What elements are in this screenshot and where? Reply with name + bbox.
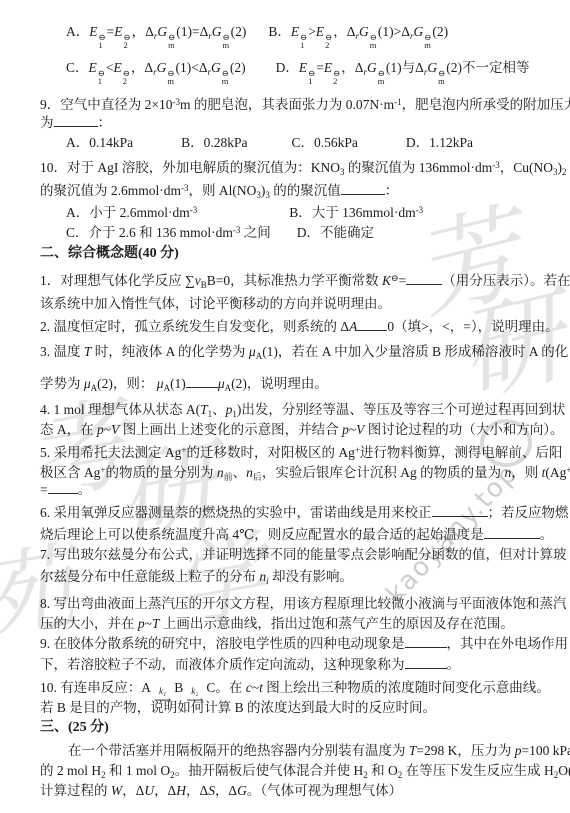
- text-segment: μ: [218, 376, 225, 391]
- text-segment: 1．对理想气体化学反应: [40, 273, 185, 288]
- text-segment: 和 O: [368, 763, 398, 778]
- text-segment: 9. 在胶体分散系统的研究中，溶胶电学性质的四种电动现象是: [40, 636, 405, 651]
- text-segment: (2): [231, 24, 247, 39]
- text-segment: 、: [233, 465, 247, 480]
- text-segment: O(g)。: [558, 763, 570, 778]
- text-segment: -3: [181, 183, 189, 193]
- text-segment: 三、(25 分): [40, 720, 109, 735]
- text-segment: ，: [131, 60, 145, 75]
- text-segment: (Ag: [545, 465, 566, 480]
- text-segment: 6. 采用氧弹反应器测量萘的燃烧热的实验中，雷诺曲线是用来校正: [40, 505, 432, 520]
- text-segment: ，: [341, 60, 355, 75]
- text-segment: A．: [66, 24, 89, 39]
- blank-underline: [341, 182, 385, 195]
- text-segment: 的 2 mol H: [40, 763, 101, 778]
- blank-underline: [54, 114, 98, 127]
- superscript-subscript-stack: ⊖m: [223, 34, 230, 49]
- text-segment: (2)，说明理由。: [231, 376, 328, 391]
- text-segment: C．介于 2.6 和 136 mmol·dm: [66, 225, 233, 240]
- text-segment: 图上画出上述变化的示意图，并结合: [119, 422, 342, 437]
- text-segment: 3. 温度: [40, 344, 84, 359]
- text-segment: H: [176, 783, 186, 798]
- text-segment: 若 B 是目的产物，说明如何计算 B 的浓度达到最大时的反应时间。: [40, 700, 436, 715]
- blank-underline: [432, 504, 488, 517]
- text-segment: ，其中在外电场作用: [447, 636, 569, 651]
- text-segment: (1): [175, 60, 191, 75]
- q9-options-row: A．0.14kPaB．0.28kPaC．0.56kPaD．1.12kPa: [40, 133, 546, 153]
- text-segment: 。: [78, 482, 92, 497]
- text-segment: m 的肥皂泡，其表面张力为 0.07N·m: [180, 97, 394, 112]
- text-segment: B．0.28kPa: [181, 135, 247, 150]
- text-segment: 2. 温度恒定时，孤立系统发生自发变化，则系统的 Δ: [40, 319, 349, 334]
- text-segment: 不一定相等: [462, 60, 530, 75]
- text-segment: Δ: [199, 60, 208, 75]
- text-segment: E: [89, 24, 97, 39]
- q10-options-row-ab: A．小于 2.6mmol·dm-3B．大于 136mmol·dm-3: [40, 200, 546, 220]
- text-segment: 的的聚沉值: [270, 183, 341, 198]
- text-segment: C．0.56kPa: [292, 135, 358, 150]
- text-segment: 该系统中加入惰性气体，讨论平衡移动的方向并说明理由。: [40, 296, 391, 311]
- exam-document-body: A．E⊖1=E⊖2，ΔrG⊖m(1)=ΔrG⊖m(2)B．E⊖1>E⊖2，ΔrG…: [0, 0, 570, 801]
- text-segment: 进行物料衡算，测得电解前、后阳: [360, 445, 563, 460]
- text-segment: 和 1 mol O: [106, 763, 171, 778]
- text-segment: =100 kPa: [522, 743, 570, 758]
- text-segment: -3: [416, 205, 424, 215]
- text-segment: 上画出示意曲线，指出过饱和蒸气产生的原因及存在范围。: [159, 616, 513, 631]
- text-segment: Δ: [144, 60, 153, 75]
- superscript-subscript-stack: ⊖m: [222, 70, 229, 85]
- text-segment: C。在: [206, 680, 245, 695]
- s2-q1-line-2: 该系统中加入惰性气体，讨论平衡移动的方向并说明理由。: [40, 294, 546, 314]
- s2-q3-line-2: 学势为 μA(2)，则： μA(1)μA(2)，说明理由。: [40, 374, 546, 394]
- options-row-ab: A．E⊖1=E⊖2，ΔrG⊖m(1)=ΔrG⊖m(2)B．E⊖1>E⊖2，ΔrG…: [40, 22, 546, 42]
- text-segment: 烧后理论上可以使系统温度升高 4℃，则反应配置水的最合适的起始温度是: [40, 527, 484, 542]
- text-segment: -3: [190, 205, 198, 215]
- text-segment: ，则 Al(NO: [189, 183, 257, 198]
- text-segment: (2): [230, 60, 246, 75]
- text-segment: Δ: [145, 24, 154, 39]
- text-segment: 4. 1 mol 理想气体从状态 A(: [40, 402, 200, 417]
- text-segment: E: [114, 60, 122, 75]
- text-segment: 后: [253, 472, 262, 482]
- text-segment: Δ: [415, 60, 424, 75]
- blank-underline: [405, 635, 447, 648]
- text-segment: K: [382, 273, 391, 288]
- text-segment: ~: [145, 616, 152, 631]
- text-segment: <: [191, 60, 199, 75]
- superscript-subscript-stack: ⊖1: [300, 34, 307, 49]
- blank-underline: [406, 272, 442, 285]
- s2-q4-line-1: 4. 1 mol 理想气体从状态 A(T1、p1)出发，分别经等温、等压及等容三…: [40, 400, 546, 420]
- s2-q7-line-2: 尔兹曼分布中任意能级上粒子的分布 ni 却没有影响。: [40, 567, 546, 587]
- q9-stem-line-1: 9．空气中直径为 2×10-3m 的肥皂泡，其表面张力为 0.07N·m-1，肥…: [40, 92, 546, 112]
- text-segment: 图讨论过程的功（大小和方向）。: [364, 422, 563, 437]
- text-segment: G: [413, 24, 423, 39]
- q9-stem-line-2: 为：: [40, 113, 546, 133]
- s3-para-line-3: 计算过程的 W，ΔU，ΔH，ΔS，ΔG。（气体可视为理想气体）: [40, 781, 546, 801]
- text-segment: D．不能确定: [297, 225, 374, 240]
- section-3-header: 三、(25 分): [40, 718, 546, 738]
- text-segment: -3: [492, 160, 500, 170]
- text-segment: 下，若溶胶粒子不动，而液体介质作定向流动，这种现象称为: [40, 657, 405, 672]
- text-segment: W: [111, 783, 122, 798]
- text-segment: G: [359, 24, 369, 39]
- text-segment: ，Δ: [215, 783, 237, 798]
- text-segment: A．小于 2.6mmol·dm: [66, 205, 190, 220]
- text-segment: )出发，分别经等温、等压及等容三个可逆过程再回到状: [237, 402, 566, 417]
- text-segment: (2): [446, 60, 462, 75]
- superscript-subscript-stack: ⊖2: [325, 34, 332, 49]
- blank-underline: [484, 526, 540, 539]
- s3-para-line-2: 的 2 mol H2 和 1 mol O2。抽开隔板后使气体混合并使 H2 和 …: [40, 761, 546, 781]
- text-segment: E: [114, 24, 122, 39]
- text-segment: p: [515, 743, 522, 758]
- text-segment: ：: [98, 115, 112, 130]
- text-segment: <: [106, 60, 114, 75]
- text-segment: 。抽开隔板后使气体混合并使 H: [175, 763, 364, 778]
- text-segment: ∑: [185, 273, 195, 288]
- text-segment: (2)，则：: [97, 376, 157, 391]
- text-segment: 之间: [240, 225, 270, 240]
- text-segment: 9．空气中直径为 2×10: [40, 97, 173, 112]
- s2-q7-line-1: 7. 写出玻尔兹曼分布公式，并证明选择不同的能量零点会影响配分函数的值，但对计算…: [40, 545, 546, 565]
- superscript-subscript-stack: ⊖m: [370, 34, 377, 49]
- text-segment: D．: [276, 60, 299, 75]
- text-segment: (2): [432, 24, 448, 39]
- text-segment: 10. 有连串反应：A: [40, 680, 151, 695]
- superscript-subscript-stack: ⊖m: [168, 34, 175, 49]
- text-segment: ；若反应物燃: [488, 505, 569, 520]
- text-segment: ，: [132, 24, 146, 39]
- text-segment: 二、综合概念题(40 分): [40, 246, 179, 261]
- s3-para-line-1: 在一个带活塞并用隔板隔开的绝热容器内分别装有温度为 T=298 K，压力为 p=…: [40, 741, 546, 761]
- q10-stem-line-2: 的聚沉值为 2.6mmol·dm-3，则 Al(NO3)3 的的聚沉值：: [40, 178, 546, 198]
- s2-q10-line-1: 10. 有连串反应：Ak₁⟶Bk₂⟶C。在 c~t 图上绘出三种物质的浓度随时间…: [40, 678, 546, 698]
- text-segment: μ: [249, 344, 256, 359]
- text-segment: 5. 采用希托夫法测定 Ag: [40, 445, 181, 460]
- text-segment: n: [217, 465, 224, 480]
- s2-q10-line-2: 若 B 是目的产物，说明如何计算 B 的浓度达到最大时的反应时间。: [40, 698, 546, 718]
- superscript-subscript-stack: ⊖1: [308, 70, 315, 85]
- blank-underline: [48, 481, 78, 494]
- text-segment: 2: [562, 167, 567, 177]
- s2-q1-line-1: 1．对理想气体化学反应 ∑νBB=0，其标准热力学平衡常数 K⊖=（用分压表示）…: [40, 268, 546, 288]
- blank-underline: [405, 656, 447, 669]
- s2-q5-line-2: 极区含 Ag+的物质的量分别为 n前、n后，实验后银库仑计沉积 Ag 的物质的量…: [40, 460, 546, 480]
- text-segment: U: [144, 783, 154, 798]
- text-segment: =298 K，压力为: [416, 743, 514, 758]
- text-segment: A．0.14kPa: [66, 135, 133, 150]
- text-segment: n: [246, 465, 253, 480]
- s2-q9-line-2: 下，若溶胶粒子不动，而液体介质作定向流动，这种现象称为。: [40, 655, 546, 675]
- text-segment: G: [237, 783, 247, 798]
- superscript-subscript-stack: ⊖m: [167, 70, 174, 85]
- text-segment: 却没有影响。: [269, 569, 353, 584]
- text-segment: 尔兹曼分布中任意能级上粒子的分布: [40, 569, 259, 584]
- text-segment: G: [367, 60, 377, 75]
- text-segment: -1: [394, 97, 402, 107]
- text-segment: (1)，若在 A 中加入少量溶质 B 形成稀溶液时 A 的化: [262, 344, 568, 359]
- text-segment: E: [291, 24, 299, 39]
- s2-q2-line: 2. 温度恒定时，孤立系统发生自发变化，则系统的 ΔA0（填>，<，=），说明理…: [40, 317, 546, 337]
- text-segment: 的聚沉值为 136mmol·dm: [345, 160, 493, 175]
- superscript-subscript-stack: ⊖2: [124, 34, 131, 49]
- s2-q6-line-1: 6. 采用氧弹反应器测量萘的燃烧热的实验中，雷诺曲线是用来校正；若反应物燃: [40, 503, 546, 523]
- text-segment: ，Δ: [154, 783, 176, 798]
- superscript-subscript-stack: ⊖2: [333, 70, 340, 85]
- q10-stem-line-1: 10．对于 AgI 溶胶，外加电解质的聚沉值为：KNO3 的聚沉值为 136mm…: [40, 155, 546, 175]
- text-segment: 在一个带活塞并用隔板隔开的绝热容器内分别装有温度为: [68, 743, 409, 758]
- text-segment: 的物质的量分别为: [105, 465, 216, 480]
- text-segment: E: [89, 60, 97, 75]
- text-segment: ，肥皂泡内所承受的附加压力: [402, 97, 570, 112]
- text-segment: G: [212, 24, 222, 39]
- text-segment: 计算过程的: [40, 783, 111, 798]
- superscript-subscript-stack: ⊖m: [438, 70, 445, 85]
- text-segment: μ: [84, 376, 91, 391]
- text-segment: G: [211, 60, 221, 75]
- text-segment: p: [342, 422, 349, 437]
- text-segment: 极区含 Ag: [40, 465, 100, 480]
- text-segment: (1): [386, 60, 402, 75]
- text-segment: 在等压下发生反应生成 H: [402, 763, 554, 778]
- blank-underline: [357, 318, 387, 331]
- superscript-subscript-stack: ⊖m: [378, 70, 385, 85]
- options-row-cd: C．E⊖1<E⊖2，ΔrG⊖m(1)<ΔrG⊖m(2)D．E⊖1=E⊖2，ΔrG…: [40, 58, 546, 78]
- text-segment: 的迁移数时，对阳极区的 Ag: [186, 445, 354, 460]
- text-segment: p: [97, 422, 104, 437]
- text-segment: E: [324, 60, 332, 75]
- text-segment: (1): [176, 24, 192, 39]
- text-segment: Δ: [200, 24, 209, 39]
- s2-q8-line-2: 压的大小，并在 p~T 上画出示意曲线，指出过饱和蒸气产生的原因及存在范围。: [40, 614, 546, 634]
- text-segment: 。: [540, 527, 554, 542]
- text-segment: 0（填>，<，=），说明理由。: [387, 319, 558, 334]
- superscript-subscript-stack: ⊖1: [99, 34, 106, 49]
- text-segment: ，Δ: [122, 783, 144, 798]
- text-segment: 图上绘出三种物质的浓度随时间变化示意曲线。: [263, 680, 550, 695]
- text-segment: T: [200, 402, 208, 417]
- text-segment: =: [40, 482, 48, 497]
- text-segment: B．大于 136mmol·dm: [289, 205, 415, 220]
- text-segment: Δ: [401, 24, 410, 39]
- text-segment: （用分压表示）。若在: [442, 273, 570, 288]
- text-segment: >: [308, 24, 316, 39]
- text-segment: (1): [378, 24, 394, 39]
- text-segment: -3: [173, 97, 181, 107]
- text-segment: 时，纯液体 A 的化学势为: [91, 344, 249, 359]
- text-segment: E: [299, 60, 307, 75]
- text-segment: G: [427, 60, 437, 75]
- text-segment: C．: [66, 60, 89, 75]
- text-segment: 8. 写出弯曲液面上蒸汽压的开尔文方程，用该方程原理比较微小液滴与平面液体饱和蒸…: [40, 596, 567, 611]
- text-segment: ：: [385, 183, 399, 198]
- blank-underline: [186, 375, 218, 388]
- text-segment: ~: [104, 422, 111, 437]
- s2-q9-line-1: 9. 在胶体分散系统的研究中，溶胶电学性质的四种电动现象是，其中在外电场作用: [40, 634, 546, 654]
- text-segment: =: [316, 60, 324, 75]
- s2-q4-line-2: 态 A，在 p~V 图上画出上述变化的示意图，并结合 p~V 图讨论过程的功（大…: [40, 420, 546, 440]
- section-2-header: 二、综合概念题(40 分): [40, 244, 546, 264]
- text-segment: +: [566, 465, 570, 475]
- text-segment: 7. 写出玻尔兹曼分布公式，并证明选择不同的能量零点会影响配分函数的值，但对计算…: [40, 547, 567, 562]
- text-segment: ，Cu(NO: [500, 160, 553, 175]
- text-segment: D．1.12kPa: [406, 135, 473, 150]
- s2-q6-line-2: 烧后理论上可以使系统温度升高 4℃，则反应配置水的最合适的起始温度是。: [40, 525, 546, 545]
- text-segment: G: [157, 24, 167, 39]
- text-segment: 态 A，在: [40, 422, 97, 437]
- text-segment: ，: [333, 24, 347, 39]
- text-segment: S: [208, 783, 215, 798]
- text-segment: 、: [212, 402, 226, 417]
- text-segment: G: [157, 60, 167, 75]
- text-segment: ，实验后银库仑计沉积 Ag 的物质的量为: [262, 465, 505, 480]
- text-segment: (1): [170, 376, 186, 391]
- superscript-subscript-stack: ⊖1: [98, 70, 105, 85]
- text-segment: B=0，其标准热力学平衡常数: [207, 273, 382, 288]
- text-segment: 。: [447, 657, 461, 672]
- text-segment: 与: [402, 60, 416, 75]
- text-segment: ，Δ: [186, 783, 208, 798]
- scanned-exam-page: { "watermark": { "site_text": "kaoyany.t…: [0, 0, 570, 813]
- text-segment: 学势为: [40, 376, 84, 391]
- s2-q5-line-3: =。: [40, 480, 546, 500]
- text-segment: 压的大小，并在: [40, 616, 138, 631]
- text-segment: B: [174, 680, 183, 695]
- text-segment: A: [349, 319, 357, 334]
- text-segment: ⊖: [391, 273, 399, 283]
- text-segment: 10．对于 AgI 溶胶，外加电解质的聚沉值为：KNO: [40, 160, 340, 175]
- text-segment: E: [316, 24, 324, 39]
- text-segment: 。（气体可视为理想气体）: [247, 783, 402, 798]
- text-segment: 的聚沉值为 2.6mmol·dm: [40, 183, 181, 198]
- text-segment: =: [192, 24, 200, 39]
- text-segment: 前: [224, 472, 233, 482]
- superscript-subscript-stack: ⊖2: [123, 70, 130, 85]
- text-segment: ，则: [511, 465, 541, 480]
- s2-q3-line-1: 3. 温度 T 时，纯液体 A 的化学势为 μA(1)，若在 A 中加入少量溶质…: [40, 342, 546, 362]
- text-segment: μ: [157, 376, 164, 391]
- q10-options-row-cd: C．介于 2.6 和 136 mmol·dm-3 之间D．不能确定: [40, 220, 546, 240]
- text-segment: 为: [40, 115, 54, 130]
- text-segment: =: [399, 273, 407, 288]
- s2-q5-line-1: 5. 采用希托夫法测定 Ag+的迁移数时，对阳极区的 Ag+进行物料衡算，测得电…: [40, 440, 546, 460]
- text-segment: p: [138, 616, 145, 631]
- text-segment: B．: [268, 24, 291, 39]
- superscript-subscript-stack: ⊖m: [424, 34, 431, 49]
- s2-q8-line-1: 8. 写出弯曲液面上蒸汽压的开尔文方程，用该方程原理比较微小液滴与平面液体饱和蒸…: [40, 594, 546, 614]
